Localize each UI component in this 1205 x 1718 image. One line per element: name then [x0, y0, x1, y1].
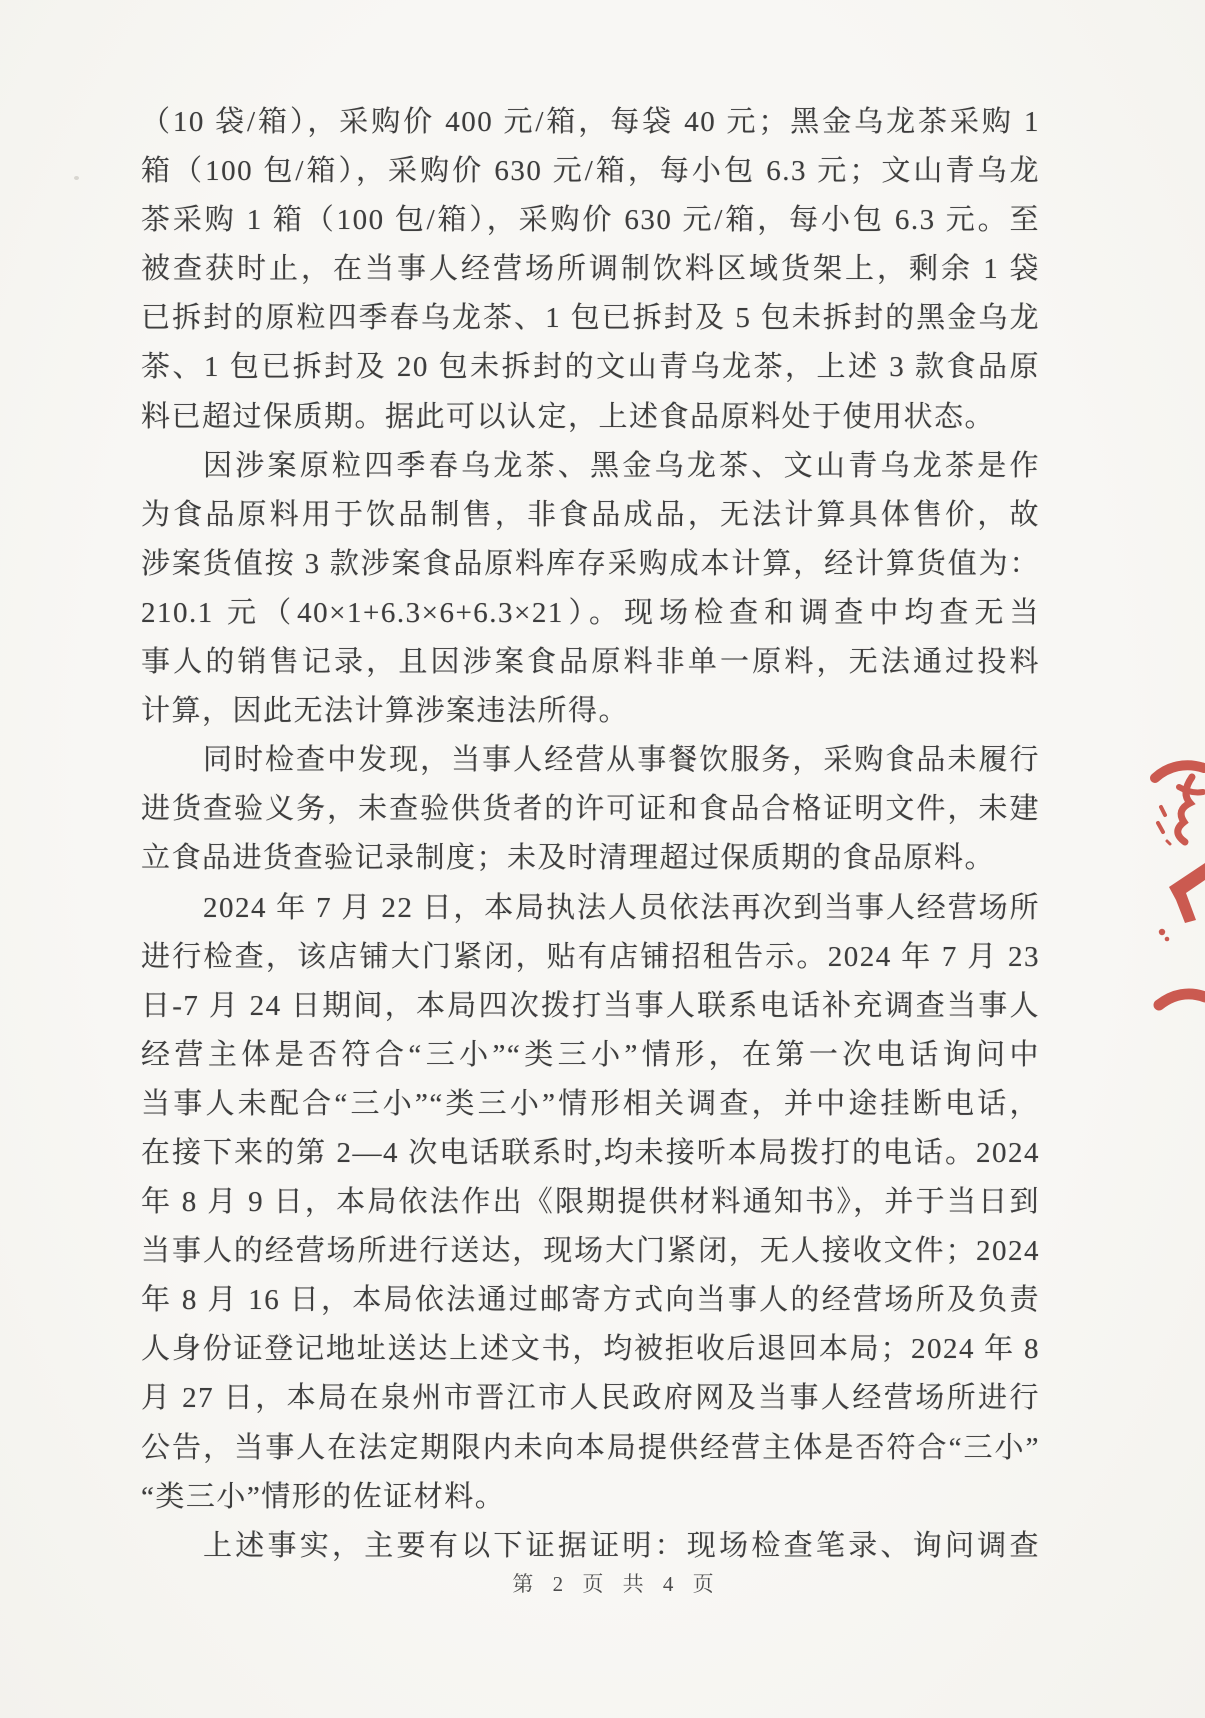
- seal-star-point: [1159, 863, 1205, 941]
- text-line: 在接下来的第 2—4 次电话联系时,均未接听本局拨打的电话。2024: [141, 1129, 1040, 1178]
- text-line: 为食品原料用于饮品制售，非食品成品，无法计算具体售价，故: [141, 491, 1040, 540]
- seal-character-strokes: [1155, 765, 1204, 844]
- text-line: 同时检查中发现，当事人经营从事餐饮服务，采购食品未履行: [141, 736, 1040, 785]
- text-line: 当事人未配合“三小”“类三小”情形相关调查，并中途挂断电话，: [141, 1080, 1040, 1129]
- text-line: 进行检查，该店铺大门紧闭，贴有店铺招租告示。2024 年 7 月 23: [141, 933, 1040, 982]
- text-line: 经营主体是否符合“三小”“类三小”情形，在第一次电话询问中: [141, 1031, 1040, 1080]
- text-line: 年 8 月 16 日，本局依法通过邮寄方式向当事人的经营场所及负责: [141, 1276, 1040, 1325]
- text-line: 上述事实，主要有以下证据证明：现场检查笔录、询问调查: [141, 1522, 1040, 1571]
- text-line: 进货查验义务，未查验供货者的许可证和食品合格证明文件，未建: [141, 785, 1040, 834]
- text-line: 已拆封的原粒四季春乌龙茶、1 包已拆封及 5 包未拆封的黑金乌龙: [141, 294, 1040, 343]
- text-line: 料已超过保质期。据此可以认定，上述食品原料处于使用状态。: [141, 393, 1040, 442]
- scanned-document-page: （10 袋/箱），采购价 400 元/箱，每袋 40 元；黑金乌龙茶采购 1箱（…: [0, 0, 1205, 1718]
- text-line: 210.1 元（40×1+6.3×6+6.3×21）。现场检查和调查中均查无当: [141, 589, 1040, 638]
- text-line: 日-7 月 24 日期间，本局四次拨打当事人联系电话补充调查当事人: [141, 982, 1040, 1031]
- text-line: 月 27 日，本局在泉州市晋江市人民政府网及当事人经营场所进行: [141, 1374, 1040, 1423]
- text-line: 箱（100 包/箱），采购价 630 元/箱，每小包 6.3 元；文山青乌龙: [141, 147, 1040, 196]
- text-line: 事人的销售记录，且因涉案食品原料非单一原料，无法通过投料: [141, 638, 1040, 687]
- text-line: 公告，当事人在法定期限内未向本局提供经营主体是否符合“三小”: [141, 1424, 1040, 1473]
- text-line: 计算，因此无法计算涉案违法所得。: [141, 687, 1040, 736]
- text-line: 被查获时止，在当事人经营场所调制饮料区域货架上，剩余 1 袋: [141, 245, 1040, 294]
- text-line: “类三小”情形的佐证材料。: [141, 1473, 1040, 1522]
- text-line: 2024 年 7 月 22 日，本局执法人员依法再次到当事人经营场所: [141, 884, 1040, 933]
- document-body: （10 袋/箱），采购价 400 元/箱，每袋 40 元；黑金乌龙茶采购 1箱（…: [141, 98, 1040, 1571]
- text-line: 茶采购 1 箱（100 包/箱），采购价 630 元/箱，每小包 6.3 元。至: [141, 196, 1040, 245]
- text-line: 年 8 月 9 日，本局依法作出《限期提供材料通知书》，并于当日到: [141, 1178, 1040, 1227]
- text-line: 立食品进货查验记录制度；未及时清理超过保质期的食品原料。: [141, 834, 1040, 883]
- text-line: 茶、1 包已拆封及 20 包未拆封的文山青乌龙茶，上述 3 款食品原: [141, 343, 1040, 392]
- text-line: （10 袋/箱），采购价 400 元/箱，每袋 40 元；黑金乌龙茶采购 1: [141, 98, 1040, 147]
- text-line: 人身份证登记地址送达上述文书，均被拒收后退回本局；2024 年 8: [141, 1325, 1040, 1374]
- seal-rim-arc: [1159, 994, 1205, 1005]
- text-line: 因涉案原粒四季春乌龙茶、黑金乌龙茶、文山青乌龙茶是作: [141, 442, 1040, 491]
- page-number: 第 2 页 共 4 页: [14, 1568, 1205, 1598]
- text-line: 涉案货值按 3 款涉案食品原料库存采购成本计算，经计算货值为：: [141, 540, 1040, 589]
- text-line: 当事人的经营场所进行送达，现场大门紧闭，无人接收文件；2024: [141, 1227, 1040, 1276]
- scan-artifact: [74, 176, 79, 180]
- red-seal-stamp-fragment: [1148, 753, 1205, 1021]
